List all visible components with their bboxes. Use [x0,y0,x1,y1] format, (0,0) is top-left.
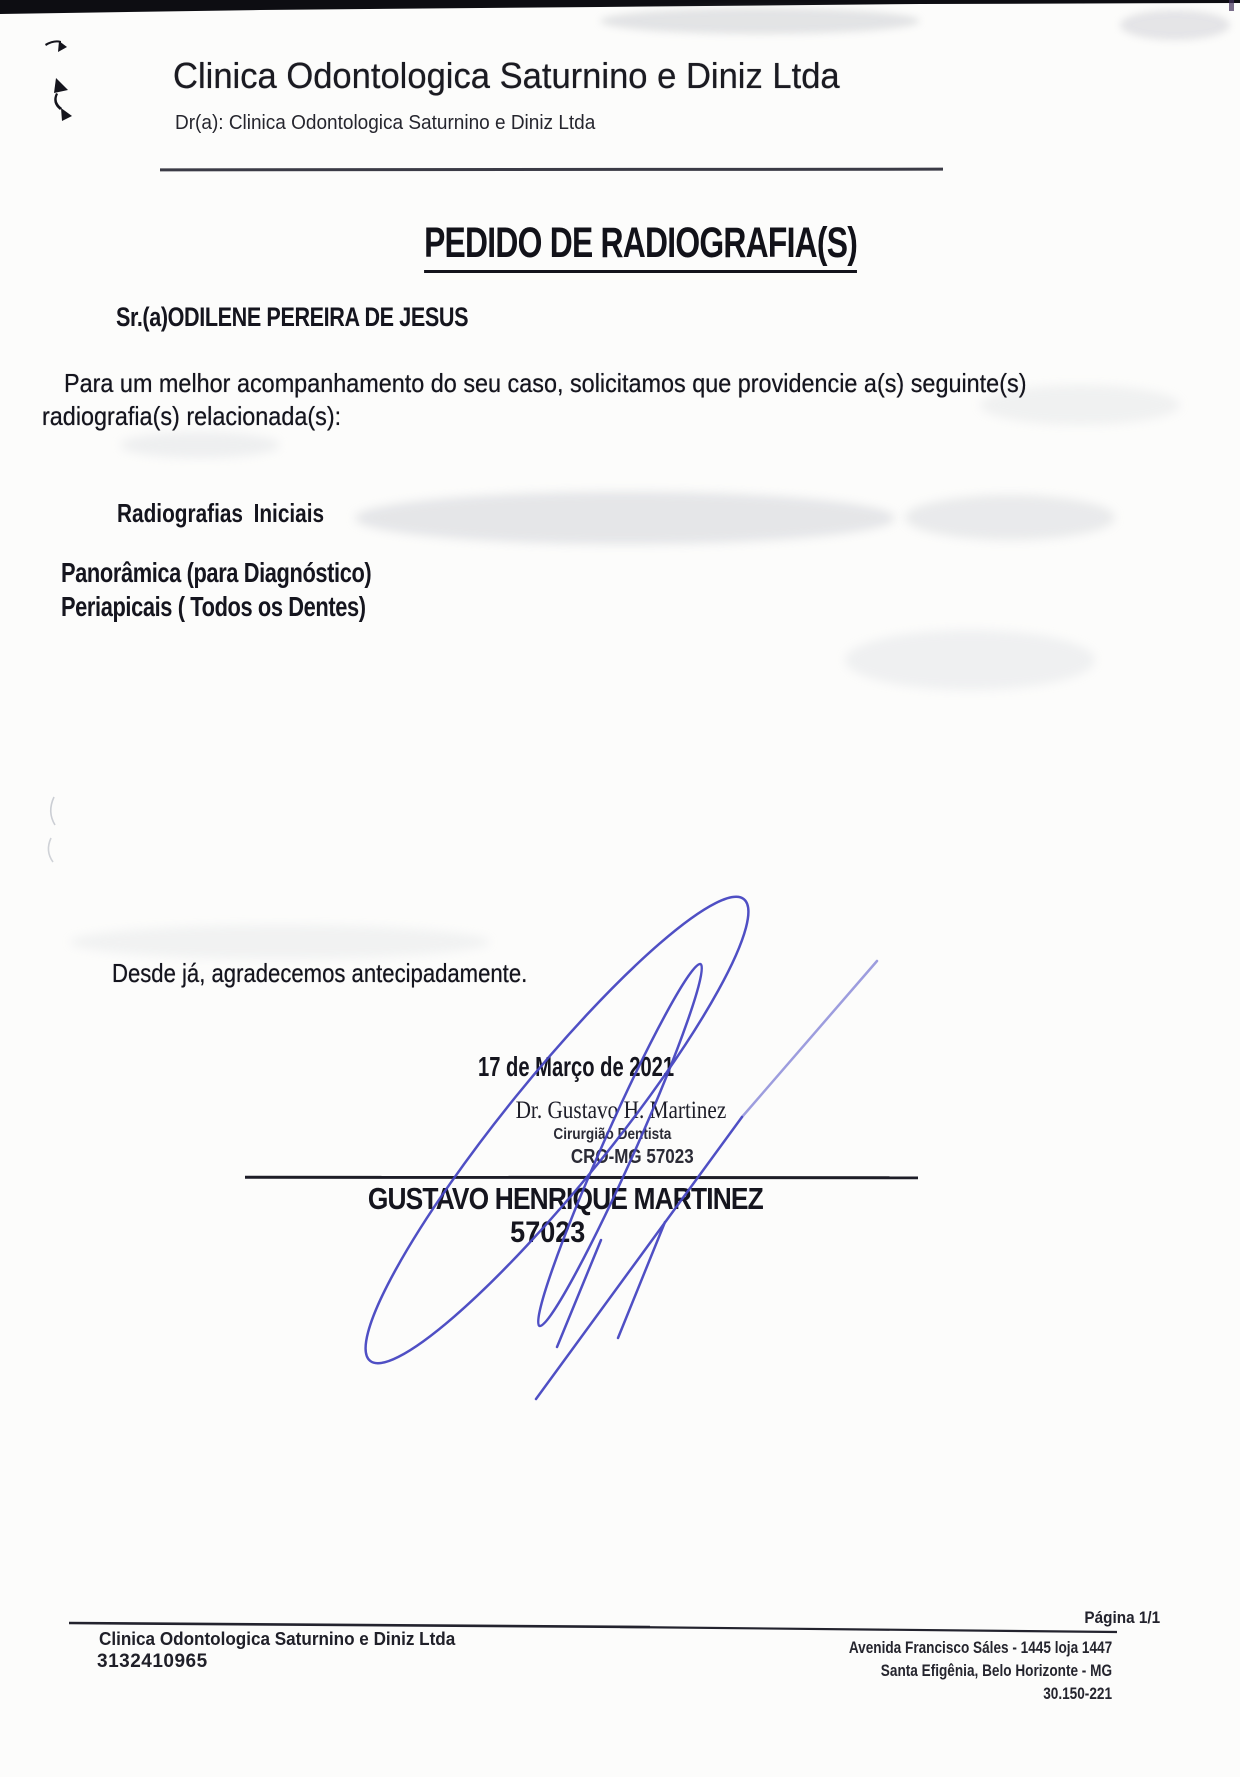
footer-address-line: 30.150-221 [700,1682,1112,1705]
header-doctor-line: Dr(a): Clinica Odontologica Saturnino e … [175,112,617,134]
signer-registration-number: 57023 [268,1216,828,1250]
radiograph-item: Periapicais ( Todos os Dentes) [61,591,452,622]
scan-top-edge [0,0,1240,14]
date-line: 17 de Março de 2021 [478,1051,750,1082]
professional-registration: CRO-MG 57023 [452,1146,812,1168]
scan-smudge [355,492,895,544]
document-title-text: PEDIDO DE RADIOGRAFIA(S) [424,219,857,273]
scan-smudge [1120,10,1230,40]
footer-clinic-name: Clinica Odontologica Saturnino e Diniz L… [99,1629,474,1649]
patient-line: Sr.(a)ODILENE PEREIRA DE JESUS [116,302,556,332]
scan-smudge [905,495,1115,540]
scan-corner-tick [1229,0,1234,11]
scanned-document-page: Clinica Odontologica Saturnino e Diniz L… [0,0,1240,1777]
header-divider [160,168,943,171]
signer-name: GUSTAVO HENRIQUE MARTINEZ [285,1182,845,1217]
closing-line: Desde já, agradecemos antecipadamente. [112,959,601,988]
footer-phone: 3132410965 [97,1651,208,1672]
professional-name: Dr. Gustavo H. Martinez [440,1097,802,1125]
patient-name-text: Sr.(a)ODILENE PEREIRA DE JESUS [116,302,468,332]
clinic-name-text: Clinica Odontologica Saturnino e Diniz L… [173,56,840,96]
clinic-name-heading: Clinica Odontologica Saturnino e Diniz L… [173,56,867,96]
section-heading: Radiografias Iniciais [117,499,376,528]
page-indicator: Página 1/1 [940,1608,1160,1627]
header-doctor-text: Dr(a): Clinica Odontologica Saturnino e … [175,112,595,134]
radiograph-item: Panorâmica (para Diagnóstico) [61,557,459,588]
scan-smudge [70,925,490,959]
scan-smudge [120,432,280,458]
footer-address-line: Avenida Francisco Sáles - 1445 loja 1447 [700,1636,1112,1659]
intro-paragraph-line-1: Para um melhor acompanhamento do seu cas… [64,369,1133,398]
intro-paragraph-line-2: radiografia(s) relacionada(s): [42,402,374,431]
footer-address-line: Santa Efigênia, Belo Horizonte - MG [700,1659,1112,1682]
faint-margin-marks [48,797,55,862]
footer-address: Avenida Francisco Sáles - 1445 loja 1447… [700,1636,1112,1705]
document-title: PEDIDO DE RADIOGRAFIA(S) [348,219,928,273]
scan-smudge [600,8,920,34]
pen-mark [45,40,72,121]
scan-smudge [845,630,1095,690]
signature-line [245,1176,918,1179]
professional-title: Cirurgião Dentista [432,1126,792,1144]
